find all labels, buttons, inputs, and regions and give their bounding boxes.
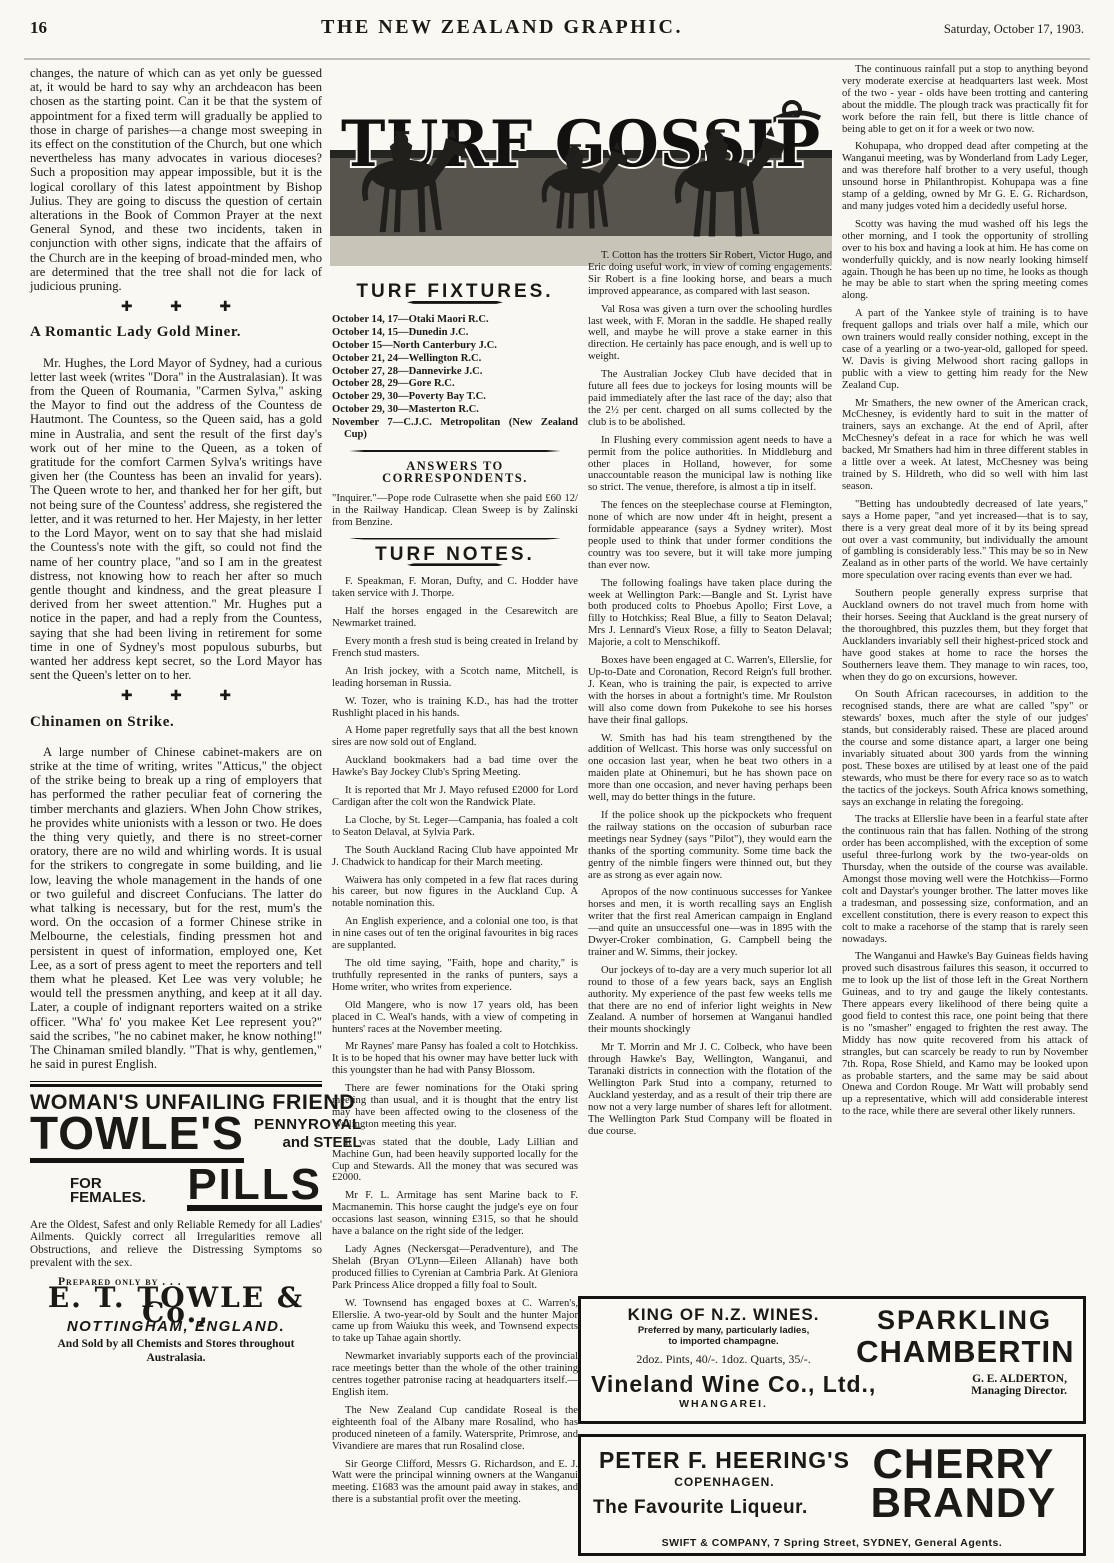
note-paragraph: On South African racecourses, in additio…	[842, 689, 1088, 808]
turf-gossip-banner: TURF GOSSIP	[330, 70, 832, 270]
ad-location: WHANGAREI.	[591, 1398, 856, 1410]
heading-rule	[139, 343, 213, 346]
ad-company: E. T. TOWLE & Co.,	[30, 1291, 322, 1319]
note-paragraph: Val Rosa was given a turn over the schoo…	[588, 304, 832, 364]
turf-notes-list: F. Speakman, F. Moran, Dufty, and C. Hod…	[332, 576, 578, 1506]
ad-footer: SWIFT & COMPANY, 7 Spring Street, SYDNEY…	[593, 1537, 1071, 1549]
issue-date: Saturday, October 17, 1903.	[854, 22, 1084, 37]
note-paragraph: W. Townsend has engaged boxes at C. Warr…	[332, 1298, 578, 1346]
column-turf-notes-continued: T. Cotton has the trotters Sir Robert, V…	[588, 250, 832, 1144]
note-paragraph: Every month a fresh stud is being create…	[332, 636, 578, 660]
vineland-wine-ad: KING OF N.Z. WINES. Preferred by many, p…	[578, 1296, 1086, 1424]
note-paragraph: Scotty was having the mud washed off his…	[842, 219, 1088, 302]
paragraph-list: The continuous rainfall put a stop to an…	[842, 64, 1088, 1118]
note-paragraph: Mr Raynes' mare Pansy has foaled a colt …	[332, 1041, 578, 1077]
masthead-rule	[24, 56, 1090, 58]
ad-headline: PETER F. HEERING'S	[593, 1447, 856, 1474]
note-paragraph: Our jockeys of to-day are a very much su…	[588, 965, 832, 1036]
note-paragraph: It is reported that Mr J. Mayo refused £…	[332, 785, 578, 809]
fixture-item: October 15—North Canterbury J.C.	[332, 340, 578, 352]
section-rule	[349, 450, 561, 452]
note-paragraph: An English experience, and a colonial on…	[332, 916, 578, 952]
ad-tagline: The Favourite Liqueur.	[593, 1497, 856, 1519]
note-paragraph: The continuous rainfall put a stop to an…	[842, 64, 1088, 135]
note-paragraph: T. Cotton has the trotters Sir Robert, V…	[588, 250, 832, 298]
fixture-item: October 14, 17—Otaki Maori R.C.	[332, 314, 578, 326]
ad-person: G. E. ALDERTON,	[856, 1373, 1067, 1385]
ad-text: FOR FEMALES.	[70, 1177, 179, 1205]
heering-brandy-ad: PETER F. HEERING'S COPENHAGEN. The Favou…	[578, 1434, 1086, 1556]
heading-rule	[139, 732, 213, 735]
ad-location: NOTTINGHAM, ENGLAND.	[30, 1320, 322, 1334]
note-paragraph: Kohupapa, who dropped dead after competi…	[842, 141, 1088, 212]
note-paragraph: The Wanganui and Hawke's Bay Guineas fie…	[842, 951, 1088, 1118]
note-paragraph: A Home paper regretfully says that all t…	[332, 725, 578, 749]
column-turf-fixtures: TURF FIXTURES. October 14, 17—Otaki Maor…	[332, 282, 578, 1512]
note-paragraph: Newmarket invariably supports each of th…	[332, 1351, 578, 1399]
note-paragraph: Lady Agnes (Neckersgat—Peradventure), an…	[332, 1244, 578, 1292]
note-paragraph: Boxes have been engaged at C. Warren's, …	[588, 655, 832, 726]
note-paragraph: It was stated that the double, Lady Lill…	[332, 1137, 578, 1185]
note-paragraph: Apropos of the now continuous successes …	[588, 887, 832, 958]
note-paragraph: An Irish jockey, with a Scotch name, Mit…	[332, 666, 578, 690]
article-paragraph: Mr. Hughes, the Lord Mayor of Sydney, ha…	[30, 356, 322, 683]
note-paragraph: W. Tozer, who is training K.D., has had …	[332, 696, 578, 720]
note-paragraph: F. Speakman, F. Moran, Dufty, and C. Hod…	[332, 576, 578, 600]
column-right: The continuous rainfall put a stop to an…	[842, 64, 1088, 1124]
article-heading: A Romantic Lady Gold Miner.	[30, 325, 322, 339]
note-paragraph: The old time saying, "Faith, hope and ch…	[332, 958, 578, 994]
note-paragraph: The following foalings have taken place …	[588, 578, 832, 649]
towles-pills-ad: WOMAN'S UNFAILING FRIEND TOWLE'S PENNYRO…	[30, 1081, 322, 1365]
note-paragraph: W. Smith has had his team strengthened b…	[588, 733, 832, 804]
ad-text: Preferred by many, particularly ladies,	[591, 1325, 856, 1336]
fixture-item: October 21, 24—Wellington R.C.	[332, 353, 578, 365]
section-heading: TURF FIXTURES.	[332, 286, 578, 298]
note-paragraph: Mr T. Morrin and Mr J. C. Colbeck, who h…	[588, 1042, 832, 1137]
note-paragraph: The fences on the steeplechase course at…	[588, 500, 832, 571]
ad-product: CHAMBERTIN	[856, 1336, 1073, 1367]
ad-product: PILLS	[187, 1165, 322, 1211]
ad-product: BRANDY	[856, 1484, 1071, 1523]
fixture-item: October 27, 28—Dannevirke J.C.	[332, 366, 578, 378]
note-paragraph: The tracks at Ellerslie have been in a f…	[842, 814, 1088, 945]
cross-divider: ✚ ✚ ✚	[30, 690, 322, 704]
article-heading: Chinamen on Strike.	[30, 715, 322, 729]
section-heading: TURF NOTES.	[332, 549, 578, 561]
note-paragraph: Auckland bookmakers had a bad time over …	[332, 755, 578, 779]
note-paragraph: Mr Smathers, the new owner of the Americ…	[842, 398, 1088, 493]
note-paragraph: Waiwera has only competed in a few flat …	[332, 875, 578, 911]
ad-product: SPARKLING	[856, 1305, 1073, 1336]
ad-rule	[30, 1084, 322, 1087]
ad-company: Vineland Wine Co., Ltd.,	[591, 1371, 856, 1398]
ad-person-title: Managing Director.	[856, 1385, 1067, 1397]
note-paragraph: In Flushing every commission agent needs…	[588, 435, 832, 495]
section-heading: ANSWERS TO CORRESPONDENTS.	[332, 461, 578, 485]
note-paragraph: The South Auckland Racing Club have appo…	[332, 845, 578, 869]
article-paragraph: changes, the nature of which can as yet …	[30, 66, 322, 293]
heading-rule	[407, 301, 503, 304]
fixture-item: October 29, 30—Masterton R.C.	[332, 404, 578, 416]
ad-headline: KING OF N.Z. WINES.	[591, 1305, 856, 1325]
cross-divider: ✚ ✚ ✚	[30, 301, 322, 315]
fixture-item: October 14, 15—Dunedin J.C.	[332, 327, 578, 339]
ad-product: CHERRY	[856, 1445, 1071, 1484]
paragraph-list: T. Cotton has the trotters Sir Robert, V…	[588, 250, 832, 1138]
ad-footer: And Sold by all Chemists and Stores thro…	[30, 1337, 322, 1365]
note-paragraph: Sir George Clifford, Messrs G. Richardso…	[332, 1459, 578, 1507]
note-paragraph: Southern people generally express surpri…	[842, 588, 1088, 683]
note-paragraph: Old Mangere, who is now 17 years old, ha…	[332, 1000, 578, 1036]
fixture-item: November 7—C.J.C. Metropolitan (New Zeal…	[332, 417, 578, 441]
ad-prices: 2doz. Pints, 40/-. 1doz. Quarts, 35/-.	[591, 1352, 856, 1367]
answers-paragraph: "Inquirer."—Pope rode Culrasette when sh…	[332, 493, 578, 529]
masthead: 16 THE NEW ZEALAND GRAPHIC. Saturday, Oc…	[30, 16, 1084, 39]
ad-text: to imported champagne.	[591, 1336, 856, 1347]
fixture-item: October 28, 29—Gore R.C.	[332, 378, 578, 390]
note-paragraph: Mr F. L. Armitage has sent Marine back t…	[332, 1190, 578, 1238]
article-paragraph: A large number of Chinese cabinet-makers…	[30, 745, 322, 1072]
newspaper-page: 16 THE NEW ZEALAND GRAPHIC. Saturday, Oc…	[0, 0, 1114, 1563]
heading-rule	[407, 563, 503, 566]
fixtures-list: October 14, 17—Otaki Maori R.C.October 1…	[332, 314, 578, 441]
ad-brand: TOWLE'S	[30, 1112, 244, 1156]
ad-text: COPENHAGEN.	[593, 1475, 856, 1489]
note-paragraph: If the police shook up the pickpockets w…	[588, 810, 832, 881]
note-paragraph: The Australian Jockey Club have decided …	[588, 369, 832, 429]
ad-body: Are the Oldest, Safest and only Reliable…	[30, 1219, 322, 1269]
note-paragraph: "Betting has undoubtedly decreased of la…	[842, 499, 1088, 582]
note-paragraph: There are fewer nominations for the Otak…	[332, 1083, 578, 1131]
note-paragraph: A part of the Yankee style of training i…	[842, 308, 1088, 391]
page-number: 16	[30, 18, 150, 38]
note-paragraph: La Cloche, by St. Leger—Campania, has fo…	[332, 815, 578, 839]
fixture-item: October 29, 30—Poverty Bay T.C.	[332, 391, 578, 403]
section-rule	[349, 538, 561, 540]
paper-title: THE NEW ZEALAND GRAPHIC.	[150, 16, 854, 39]
note-paragraph: The New Zealand Cup candidate Roseal is …	[332, 1405, 578, 1453]
note-paragraph: Half the horses engaged in the Cesarewit…	[332, 606, 578, 630]
column-left: changes, the nature of which can as yet …	[30, 66, 322, 1365]
